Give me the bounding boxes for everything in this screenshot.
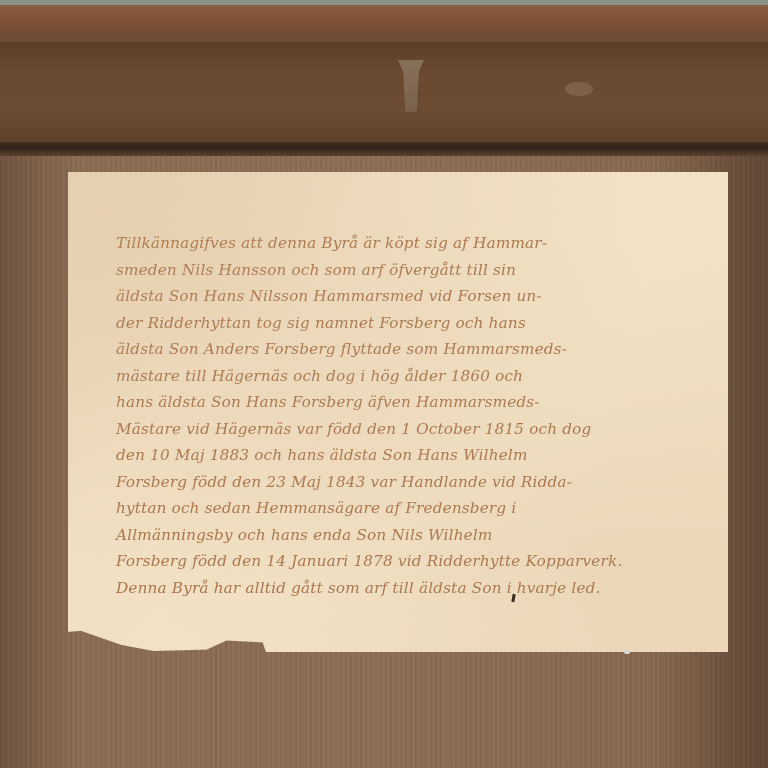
note-line: Mästare vid Hägernäs var född den 1 Octo… [116,416,716,443]
note-line: hans äldsta Son Hans Forsberg äfven Hamm… [116,389,716,416]
note-line: der Ridderhyttan tog sig namnet Forsberg… [116,310,716,337]
wood-stain [565,82,593,96]
note-text: Tillkännagifves att denna Byrå är köpt s… [116,230,716,601]
note-line: Forsberg född den 14 Januari 1878 vid Ri… [116,548,716,575]
board-edge [0,142,768,156]
note-line: Allmänningsby och hans enda Son Nils Wil… [116,522,716,549]
note-line: smeden Nils Hansson och som arf öfvergåt… [116,257,716,284]
paint-speck [624,650,630,654]
drawer-top-board [0,42,768,142]
note-line: äldsta Son Anders Forsberg flyttade som … [116,336,716,363]
handwritten-note: Tillkännagifves att denna Byrå är köpt s… [68,172,728,652]
note-line: den 10 Maj 1883 och hans äldsta Son Hans… [116,442,716,469]
drawer-top-rail [0,0,768,42]
note-line: Forsberg född den 23 Maj 1843 var Handla… [116,469,716,496]
note-line: äldsta Son Hans Nilsson Hammarsmed vid F… [116,283,716,310]
note-line: Tillkännagifves att denna Byrå är köpt s… [116,230,716,257]
note-line: mästare till Hägernäs och dog i hög ålde… [116,363,716,390]
note-line: hyttan och sedan Hemmansägare af Fredens… [116,495,716,522]
note-line: Denna Byrå har alltid gått som arf till … [116,575,716,602]
